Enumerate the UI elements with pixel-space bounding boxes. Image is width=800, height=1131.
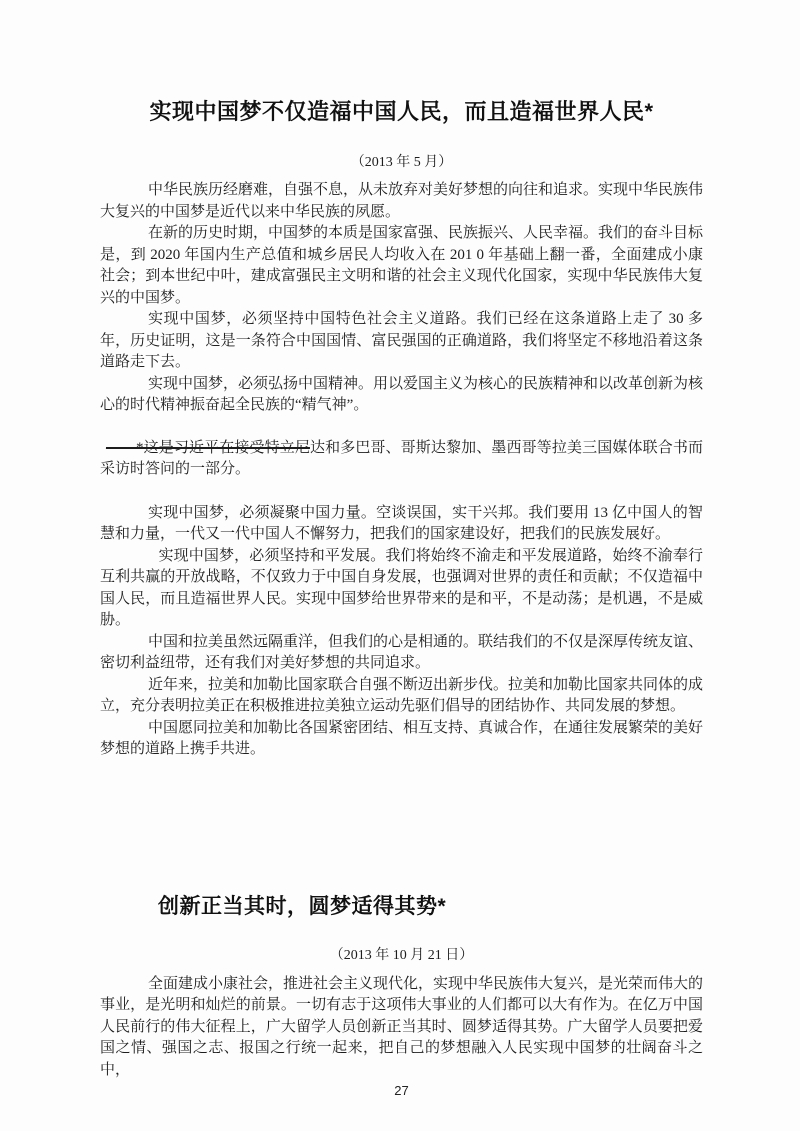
paragraph: 中国和拉美虽然远隔重洋，但我们的心是相通的。联结我们的不仅是深厚传统友谊、密切利… [100, 632, 703, 675]
article1-title: 实现中国梦不仅造福中国人民，而且造福世界人民* [100, 97, 703, 127]
footnote-struck-segment: ——*这是习近平在接受特立尼 [106, 440, 310, 456]
article1-footnote: ——*这是习近平在接受特立尼达和多巴哥、哥斯达黎加、墨西哥等拉美三国媒体联合书而… [100, 438, 703, 481]
paragraph: 实现中国梦，必须坚持中国特色社会主义道路。我们已经在这条道路上走了 30 多年，… [100, 309, 703, 374]
document-page: 实现中国梦不仅造福中国人民，而且造福世界人民* （2013 年 5 月） 中华民… [0, 0, 800, 1131]
article1-body: 中华民族历经磨难，自强不息，从未放弃对美好梦想的向往和追求。实现中华民族伟大复兴… [100, 180, 703, 417]
article1-date: （2013 年 5 月） [100, 153, 703, 173]
paragraph: 实现中国梦，必须弘扬中国精神。用以爱国主义为核心的民族精神和以改革创新为核心的时… [100, 374, 703, 417]
paragraph: 中华民族历经磨难，自强不息，从未放弃对美好梦想的向往和追求。实现中华民族伟大复兴… [100, 180, 703, 223]
paragraph: 实现中国梦，必须坚持和平发展。我们将始终不渝走和平发展道路，始终不渝奉行互利共赢… [100, 546, 703, 632]
article2-date: （2013 年 10 月 21 日） [100, 946, 703, 966]
page-number: 27 [100, 1082, 703, 1100]
paragraph: 全面建成小康社会，推进社会主义现代化，实现中华民族伟大复兴，是光荣而伟大的事业，… [100, 974, 703, 1082]
footnote-text: ——*这是习近平在接受特立尼达和多巴哥、哥斯达黎加、墨西哥等拉美三国媒体联合书而… [100, 438, 703, 481]
paragraph: 在新的历史时期，中国梦的本质是国家富强、民族振兴、人民幸福。我们的奋斗目标是，到… [100, 223, 703, 309]
paragraph: 实现中国梦，必须凝聚中国力量。空谈误国，实干兴邦。我们要用 13 亿中国人的智慧… [100, 503, 703, 546]
paragraph: 中国愿同拉美和加勒比各国紧密团结、相互支持、真诚合作，在通往发展繁荣的美好梦想的… [100, 718, 703, 761]
article2-title: 创新正当其时，圆梦适得其势* [158, 892, 703, 922]
article1-body-continued: 实现中国梦，必须凝聚中国力量。空谈误国，实干兴邦。我们要用 13 亿中国人的智慧… [100, 503, 703, 761]
article2-body: 全面建成小康社会，推进社会主义现代化，实现中华民族伟大复兴，是光荣而伟大的事业，… [100, 974, 703, 1082]
paragraph: 近年来，拉美和加勒比国家联合自强不断迈出新步伐。拉美和加勒比国家共同体的成立，充… [100, 675, 703, 718]
